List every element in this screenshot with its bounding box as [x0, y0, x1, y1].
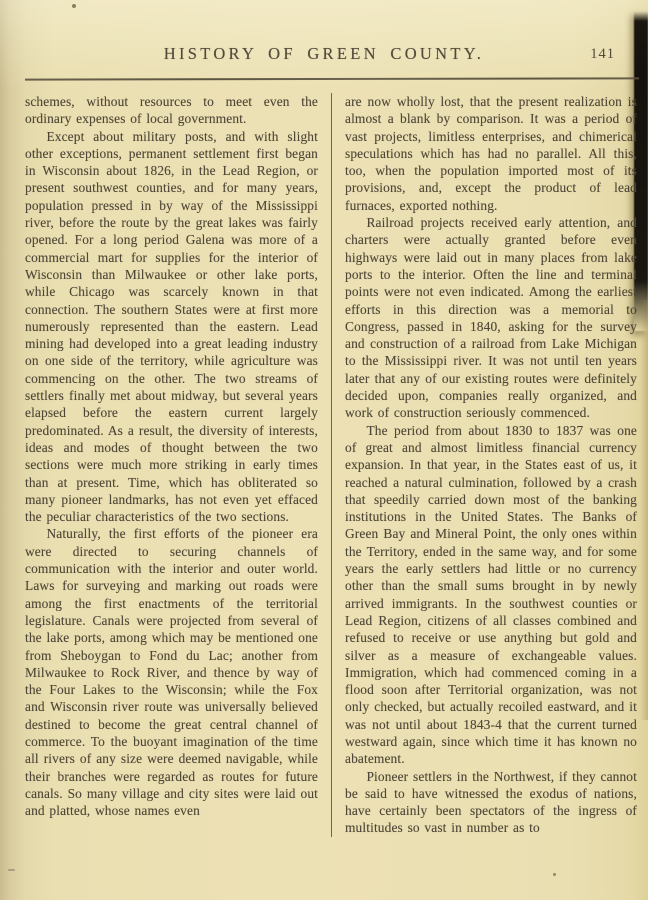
scan-speck	[553, 873, 556, 876]
left-column: schemes, without resources to meet even …	[25, 93, 331, 837]
paragraph: Naturally, the first efforts of the pion…	[25, 525, 318, 819]
page-edge-gradient	[640, 300, 648, 720]
paragraph: The period from about 1830 to 1837 was o…	[345, 422, 637, 768]
scan-speck	[8, 869, 15, 871]
paragraph: schemes, without resources to meet even …	[25, 93, 318, 128]
text-columns: schemes, without resources to meet even …	[25, 93, 637, 837]
paragraph: are now wholly lost, that the present re…	[345, 93, 637, 214]
paragraph: Pioneer settlers in the Northwest, if th…	[345, 768, 637, 837]
paragraph: Except about military posts, and with sl…	[25, 128, 318, 526]
scanned-book-page: HISTORY OF GREEN COUNTY. 141 schemes, wi…	[0, 0, 648, 900]
scan-speck	[72, 4, 76, 8]
paragraph: Railroad projects received early attenti…	[345, 214, 637, 422]
header-rule	[25, 77, 639, 80]
page-title: HISTORY OF GREEN COUNTY.	[0, 44, 648, 64]
right-column: are now wholly lost, that the present re…	[331, 93, 637, 837]
page-number: 141	[590, 46, 615, 63]
